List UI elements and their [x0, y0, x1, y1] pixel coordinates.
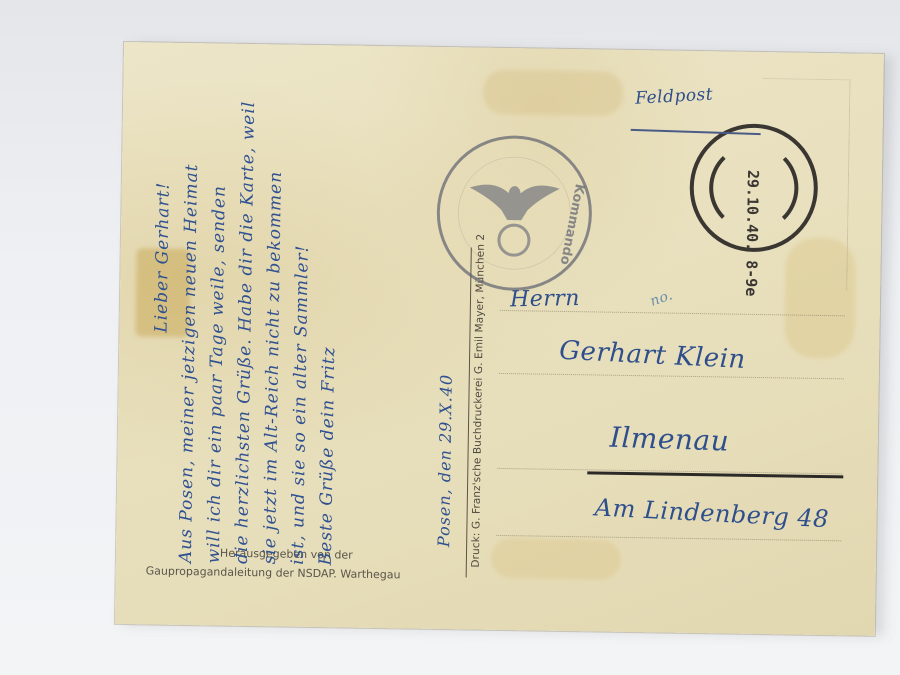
publisher-line-2: Gaupropagandaleitung der NSDAP. Warthega…: [146, 564, 401, 581]
letter-dateline: Posen, den 29.X.40: [434, 374, 456, 548]
letter-line: will ich dir ein paar Tage weile, senden: [204, 185, 230, 564]
postmark-date: 29.10.40. 8-9e: [742, 170, 762, 297]
paper-stain: [491, 538, 622, 580]
eagle-emblem: [469, 184, 560, 256]
letter-line: die herzlichsten Grüße. Habe dir die Kar…: [232, 101, 259, 564]
recipient-city: Ilmenau: [609, 421, 729, 458]
unit-stamp: Kommando: [428, 127, 601, 300]
postcard: Druck: G. Franz'sche Buchdruckerei G. Em…: [115, 42, 884, 636]
recipient-street: Am Lindenberg 48: [594, 493, 830, 533]
letter-line: ist, und sie so ein alter Sammler!: [288, 244, 313, 565]
address-line: [499, 373, 844, 379]
letter-line: sie jetzt im Alt-Reich nicht zu bekommen: [260, 171, 286, 565]
letter-line: Aus Posen, meiner jetzigen neuen Heimat: [176, 163, 202, 563]
paper-stain: [483, 70, 624, 116]
recipient-name: Gerhart Klein: [559, 336, 747, 375]
letter-line: Beste Grüße dein Fritz: [316, 346, 339, 565]
letter-line: Lieber Gerhart!: [151, 182, 173, 333]
salutation: Herrn: [510, 286, 580, 312]
pencil-note: no.: [648, 287, 675, 310]
unit-stamp-text: Kommando: [557, 182, 587, 266]
feldpost-label: Feldpost: [635, 85, 714, 109]
